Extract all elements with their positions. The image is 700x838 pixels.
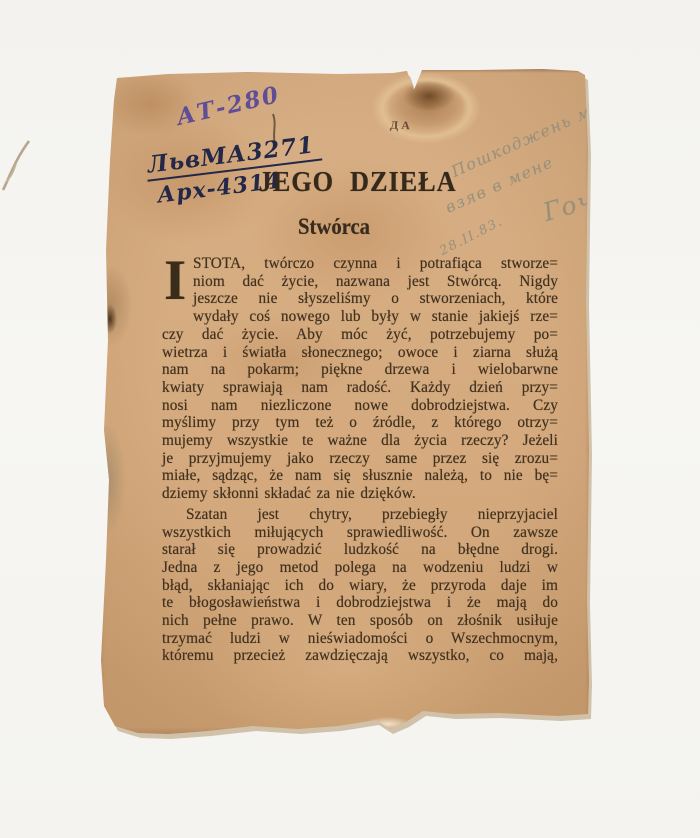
print-line: Szatan jest chytry, przebiegły nieprzyja… — [162, 506, 558, 524]
print-line: STOTA, twórczo czynna i potrafiąca stwor… — [162, 255, 558, 273]
print-remnant: ДА — [390, 118, 413, 134]
print-line: błąd, skłaniając ich do wiary, że przyro… — [162, 577, 558, 595]
paragraph-1: I STOTA, twórczo czynna i potrafiąca stw… — [162, 255, 558, 503]
paragraph-2: Szatan jest chytry, przebiegły nieprzyja… — [162, 506, 558, 665]
print-line: miałe, sądząc, że nam się słusznie należ… — [162, 467, 558, 485]
scanner-bed: ДА АТ-280 ЛьвМА3271 Арх-4314 Пошкоджень … — [0, 0, 700, 838]
print-line: wszystkich miłujących sprawiedliwość. On… — [162, 524, 558, 542]
print-line: je przyjmujemy jako rzeczy same przez si… — [162, 450, 558, 468]
body-text: I STOTA, twórczo czynna i potrafiąca stw… — [162, 255, 558, 665]
print-line: myślimy przy tym też o źródle, z którego… — [162, 414, 558, 432]
dust-fiber-icon — [0, 136, 36, 194]
print-line: wydały coś nowego lub były w stanie jaki… — [162, 308, 558, 326]
print-line: jeszcze nie słyszeliśmy o stworzeniach, … — [162, 290, 558, 308]
print-line: dziemy skłonni składać za nie dzięków. — [162, 485, 558, 503]
print-line: wietrza i światła słonecznego; owoce i z… — [162, 344, 558, 362]
print-line: nam na pokarm; piękne drzewa i wielobarw… — [162, 361, 558, 379]
drop-cap: I — [164, 257, 184, 309]
print-line: te błogosławieństwa i dobrodziejstwa i ż… — [162, 594, 558, 612]
booklet-subtitle: Stwórca — [109, 214, 559, 240]
print-line: trzymać ludzi w nieświadomości o Wszechm… — [162, 630, 558, 648]
print-line: któremu przecież zawdzięczają wszystko, … — [162, 647, 558, 665]
print-line: czy dać życie. Aby móc żyć, potrzebujemy… — [162, 326, 558, 344]
print-line: Jedna z jego metod polega na wodzeniu lu… — [162, 559, 558, 577]
print-line: mujemy wszystkie te ważne dla życia rzec… — [162, 432, 558, 450]
booklet-page: ДА АТ-280 ЛьвМА3271 Арх-4314 Пошкоджень … — [96, 66, 596, 740]
print-line: niom dać życie, nazwana jest Stwórcą. Ni… — [162, 273, 558, 291]
print-line: starał się prowadzić ludzkość na błędne … — [162, 541, 558, 559]
print-line: nich pełne prawo. W ten sposób on złośni… — [162, 612, 558, 630]
print-line: kwiaty sprawiają nam radość. Każdy dzień… — [162, 379, 558, 397]
print-line: nosi nam niezliczone nowe dobrodziejstwa… — [162, 397, 558, 415]
booklet-title: JEGO DZIEŁA — [111, 167, 592, 199]
